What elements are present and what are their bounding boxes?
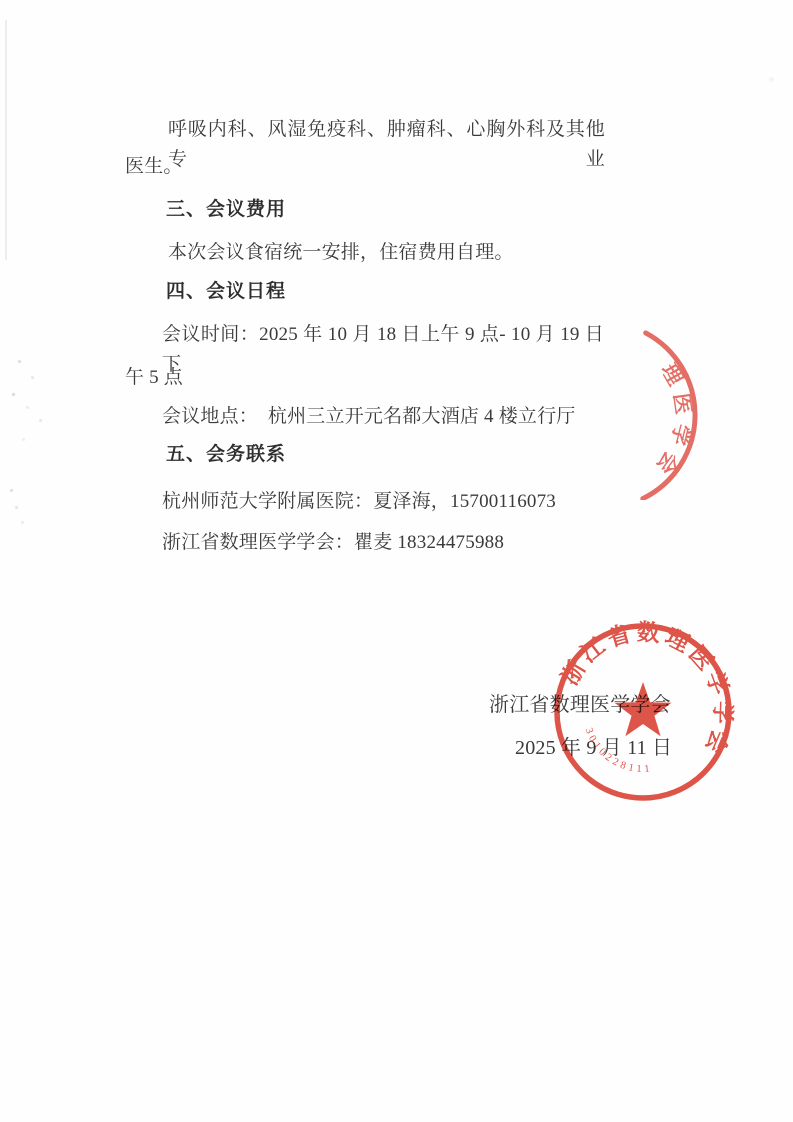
para-contact-hospital: 杭州师范大学附属医院：夏泽海，15700116073 <box>162 487 556 517</box>
partial-seal-char-3: 学 <box>666 422 694 448</box>
para-time-line2: 午 5 点 <box>125 363 183 393</box>
scanned-notice-page: 呼吸内科、风湿免疫科、肿瘤科、心胸外科及其他专业 医生。 三、会议费用 本次会议… <box>0 0 793 1122</box>
para-specialties-line2: 医生。 <box>125 152 183 182</box>
heading-conference-schedule: 四、会议日程 <box>166 277 286 307</box>
para-time-line1: 会议时间：2025 年 10 月 18 日上午 9 点- 10 月 19 日下 <box>162 320 604 350</box>
seal-arc-text: 浙江省数理医学学会 <box>556 618 736 761</box>
seal-star-icon <box>614 682 671 736</box>
para-venue: 会议地点： 杭州三立开元名都大酒店 4 楼立行厅 <box>162 402 576 432</box>
scan-artifact-speckles <box>0 0 3 3</box>
scan-edge-shadow <box>5 20 7 260</box>
heading-conference-fees: 三、会议费用 <box>166 195 286 225</box>
para-specialties-line1: 呼吸内科、风湿免疫科、肿瘤科、心胸外科及其他专业 <box>168 115 605 145</box>
partial-seal-stamp: 理 医 学 会 <box>590 330 793 500</box>
seal-registration-number: 3010228111 <box>583 727 654 776</box>
partial-seal-char-4: 会 <box>652 447 684 478</box>
para-fees: 本次会议食宿统一安排，住宿费用自理。 <box>168 238 514 268</box>
partial-seal-char-2: 医 <box>669 392 695 416</box>
heading-contacts: 五、会务联系 <box>166 440 286 470</box>
official-seal-stamp: 浙江省数理医学学会 3010228111 <box>543 612 743 812</box>
para-contact-society: 浙江省数理医学学会：瞿麦 18324475988 <box>162 528 504 558</box>
